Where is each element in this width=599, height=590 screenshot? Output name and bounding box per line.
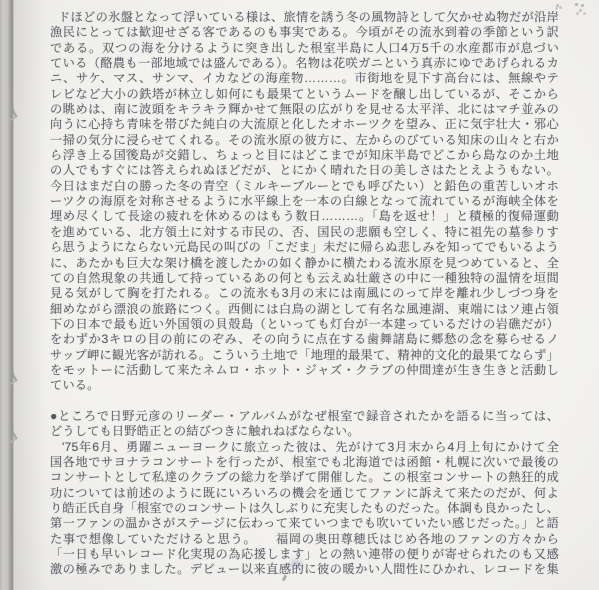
text-line: ニ、サケ、マス、サンマ、イカなどの海産物………。市街地を見下す高台には、無線やテ (50, 71, 559, 86)
text-line: 功については前述のように既にいろいろの機会を通じてファンに訴えて来たのだが、何よ (50, 486, 559, 501)
text-line: ている。 (50, 378, 559, 393)
text-line: 漁民にとっては歓迎せざる客であるのも事実である。今頃がその流氷到着の季節という訳 (50, 25, 559, 40)
text-line: 下の日本で最も近い外国領の貝殻島（といっても灯台が一本建っているだけの岩礁だが） (50, 317, 559, 332)
text-line: 激の極みでありました。デビュー以来直感的に彼の暖かい人間性にひかれ、レコードを集 (50, 562, 559, 577)
text-line: た事で想像していただけると思う。 福岡の奥田尊穂氏はじめ各地のファンの方々から (50, 532, 559, 547)
spine-shadow (15, 0, 47, 590)
blank-line (50, 394, 559, 409)
text-line: 向うに心持ち青味を帯びた純白の大流原と化したオホーツクを望み、正に気宇壮大・邪心 (50, 117, 559, 132)
text-line: 一掃の気分に浸らせてくれる。その流氷原の彼方に、左からのびている知床の山々と右か (50, 133, 559, 148)
text-line: ら浮き上る国後島が交錯し、ちょっと目にはどこまでが知床半島でどこから島なのか土地 (50, 148, 559, 163)
text-line: 国各地でサヨナラコンサートを行ったが、根室でも北海道では函館・札幌に次いで最後の (50, 455, 559, 470)
text-line: ら思うようにならない元島民の叫びの「こだま」未だに帰らぬ悲しみを知ってでもいるよ… (50, 240, 559, 255)
text-line: 見る気がして胸を打たれる。この流氷も3月の末には南風にのって岸を離れ少しづつ身を (50, 286, 559, 301)
text-line: 第一ファンの温かさがステージに伝わって来ていつまでも吹いていたい感じだった。」と… (50, 516, 559, 531)
text-line: の眺めは、南に波頭をキラキラ輝かせて無限の広がりを見せる太平洋、北にはマチ並みの (50, 102, 559, 117)
corner-smudge (556, 4, 559, 7)
corner-smudge (575, 3, 578, 6)
text-line: の人でもすぐには答えられぬほどだが、とにかく晴れた日の美しさはたとえようもない。 (50, 163, 559, 178)
text-line: 細めながら漂浪の旅路につく。西側には白鳥の湖として有名な風連湖、東端にはソ連占領 (50, 302, 559, 317)
scanned-liner-notes-page: ドほどの氷盤となって浮いている様は、旅情を誘う冬の風物詩として欠かせぬ物だが沿岸… (0, 0, 599, 590)
text-line: である。双つの海を分けるように突き出した根室半島に人口4万5千の水産都市が息づい (50, 41, 559, 56)
text-line: 今日はまだ白の勝った冬の青空（ミルキーブルーとでも呼びたい）と鉛色の重苦しいオホ (50, 179, 559, 194)
page-text: ドほどの氷盤となって浮いている様は、旅情を誘う冬の風物詩として欠かせぬ物だが沿岸… (50, 10, 559, 578)
text-line: ●ところで日野元彦のリーダー・アルバムがなぜ根室で録音されたかを語るに当っては、 (50, 409, 559, 424)
text-line: ている（酪農も一部地域では盛んである）。名物は花咲ガニという真赤にゆであげられる… (50, 56, 559, 71)
text-line: り皓正氏自身「根室でのコンサートは久しぶりに充実したものだった。体調も良かったし… (50, 501, 559, 516)
text-line: レビなど大小の鉄塔が林立し如何にも最果てというムードを醸し出しているが、そこから (50, 87, 559, 102)
text-line: サップ岬に観光客が訪れる。こういう土地で「地理的最果て、精神的文化的最果てならず… (50, 348, 559, 363)
text-line: どうしても日野皓正との結びつきに触れねばならない。 (50, 424, 559, 439)
text-line: を進めている、北方領土に対する市民の、否、国民の悲願も空しく、特に祖先の墓参りす (50, 225, 559, 240)
text-line: に、あたかも巨大な架け橋を渡したかの如く静かに横たわる流氷原を見つめていると、全 (50, 256, 559, 271)
text-line: ドほどの氷盤となって浮いている様は、旅情を誘う冬の風物詩として欠かせぬ物だが沿岸 (50, 10, 559, 25)
booklet-spine-edge (0, 0, 15, 590)
text-line: '75年6月、勇躍ニューヨークに旅立った彼は、先がけて3月末から4月上旬にかけて… (50, 440, 559, 455)
text-line: 埋め尽くして長途の疲れを休めるのはもう数日………。「島を返せ！」と積極的復帰運動 (50, 209, 559, 224)
text-line: をモットーに活動して来たネムロ・ホット・ジャズ・クラブの仲間達が生き生きと活動し (50, 363, 559, 378)
text-line: をわずか3キロの目の前にのぞみ、その向うに点在する歯舞諸島に郷愁の念を募らせるノ (50, 332, 559, 347)
text-line: ーツクの海原を対称させるように水平線上を一本の白線となって流れているが海峡全体を (50, 194, 559, 209)
text-line: コンサートとして私達のクラブの総力を挙げて開催した。この根室コンサートの熱狂的成 (50, 470, 559, 485)
text-line: ての自然現象の共通して持っているあの何とも云えぬ壮厳さの中に一種独特の温情を垣間 (50, 271, 559, 286)
text-line: 「一日も早いレコード化実現の為応援します」との熱い連帯の便りが寄せられたのも又感 (50, 547, 559, 562)
